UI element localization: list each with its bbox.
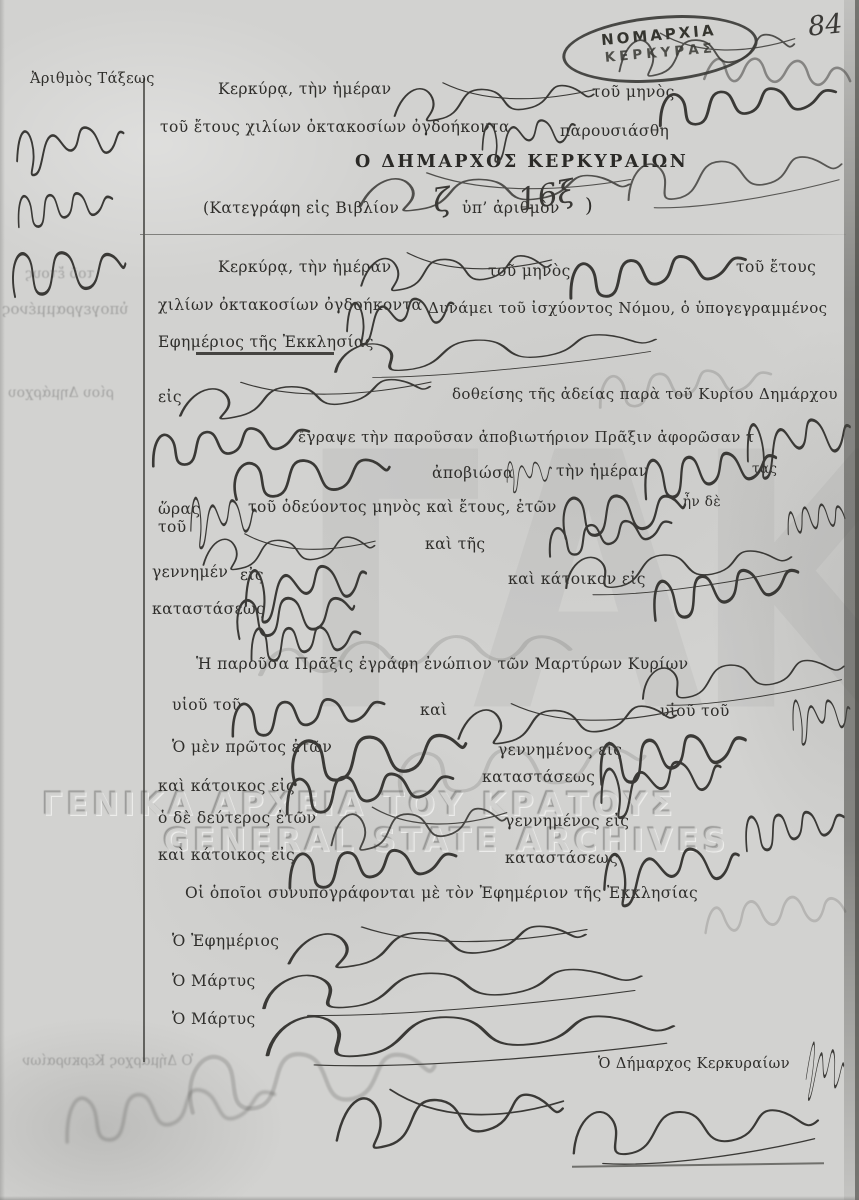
margin-rule xyxy=(143,78,145,1062)
church-name-underline xyxy=(196,352,334,355)
handwriting-margin-entry-2 xyxy=(13,177,118,237)
handwriting-witness2-birthplace xyxy=(739,793,851,862)
scan-edge-line-right xyxy=(855,0,859,1200)
act-day-label: τὴν ἡμέραν xyxy=(556,462,649,480)
witness-resident-2: καὶ κάτοικος εἰς xyxy=(158,846,295,864)
mayor-signature xyxy=(563,1076,828,1174)
bleedthrough-text: Ὁ Δήμαρχος Κερκυραίων xyxy=(22,1053,193,1069)
handwriting-margin-entry-1 xyxy=(9,110,131,180)
handwriting-margin-entry-3 xyxy=(6,233,131,305)
printed-date-prefix: Κερκύρᾳ, τὴν ἡμέραν xyxy=(218,80,391,98)
bleedthrough-text: ρίου Δημάρχου xyxy=(8,385,114,401)
section-divider-line xyxy=(140,234,846,235)
margin-label: Ἀριθμὸς Τάξεως xyxy=(30,71,155,87)
scan-edge-bottom xyxy=(0,1196,859,1200)
handwritten-page-number: 84 xyxy=(806,8,843,42)
priest-signature-label: Ὁ Ἐφημέριος xyxy=(172,932,279,950)
act-tou: τοῦ xyxy=(158,518,187,536)
scanned-death-record-page: ΓΑΚ ΓΕΝΙΚΑ ΑΡΧΕΙΑ ΤΟΥ ΚΡΑΤΟΥΣ GENERAL ST… xyxy=(0,0,859,1200)
handwriting-word-ending xyxy=(503,453,555,496)
act-deceased-word: ἀποβιώσα xyxy=(432,464,514,482)
ink-smudge xyxy=(698,884,852,952)
scan-edge-left xyxy=(0,0,5,1200)
witness-resident-1: καὶ κάτοικος εἰς xyxy=(158,777,295,795)
witness2-signature-label: Ὁ Μάρτυς xyxy=(172,1010,256,1028)
witness1-signature-label: Ὁ Μάρτυς xyxy=(172,972,256,990)
act-kai-tis: καὶ τῆς xyxy=(425,535,486,553)
